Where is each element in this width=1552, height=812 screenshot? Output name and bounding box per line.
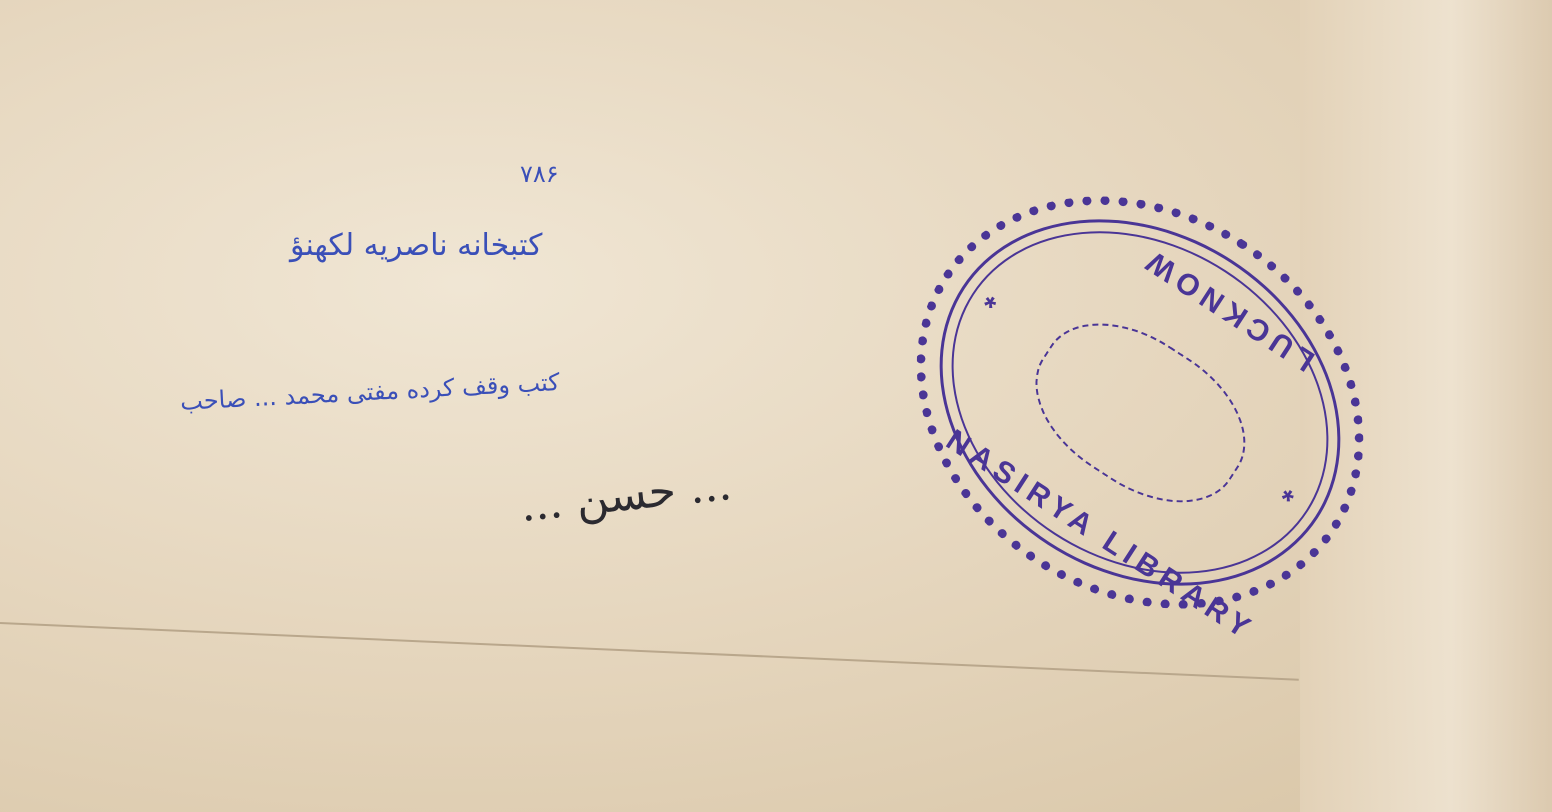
handwritten-annotation: ... حسن ... — [518, 459, 734, 532]
waqf-inscription: کتب وقف کرده مفتی محمد ... صاحب — [180, 368, 561, 416]
paper-fold-line — [0, 622, 1299, 681]
catalog-number: ۷۸۶ — [520, 160, 559, 188]
library-inscription: کتبخانه ناصریه لکهنؤ — [290, 228, 542, 263]
